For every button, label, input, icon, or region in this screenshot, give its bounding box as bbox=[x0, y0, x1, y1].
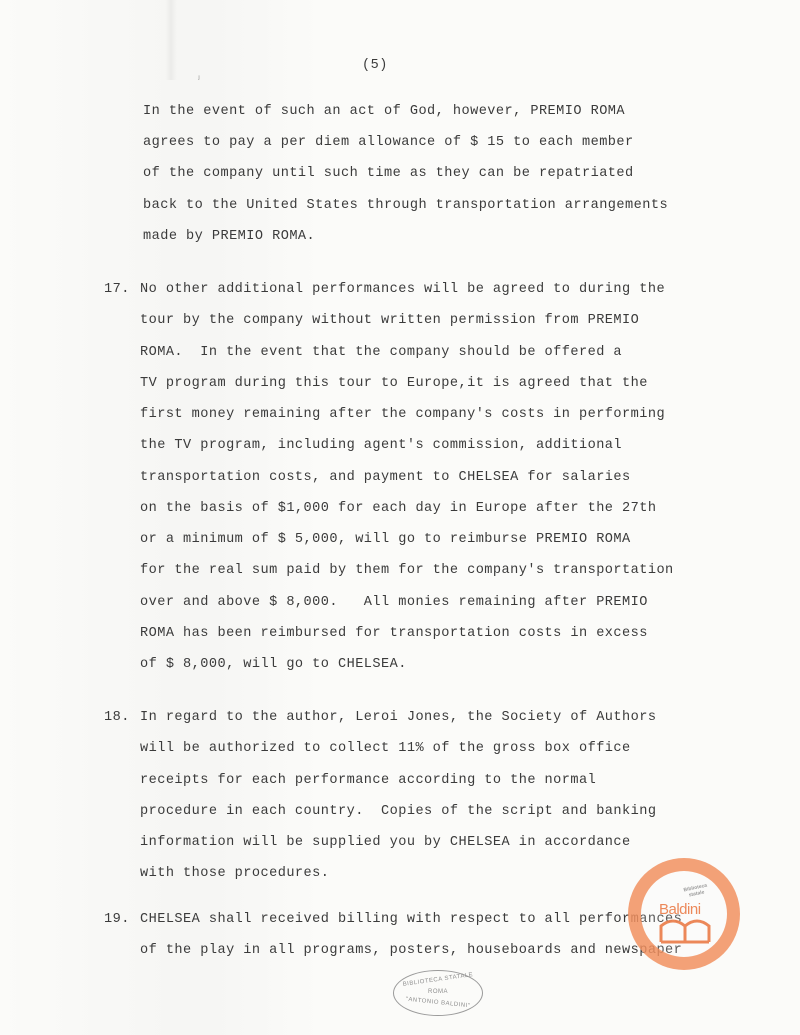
text-line: back to the United States through transp… bbox=[143, 197, 668, 215]
page-number: (5) bbox=[362, 58, 388, 73]
clause-number: 19. bbox=[104, 911, 130, 929]
text-line: CHELSEA shall received billing with resp… bbox=[140, 911, 682, 929]
text-line: ROMA has been reimbursed for transportat… bbox=[140, 625, 648, 643]
text-line: made by PREMIO ROMA. bbox=[143, 228, 315, 246]
clause-number: 17. bbox=[104, 281, 130, 299]
text-line: or a minimum of $ 5,000, will go to reim… bbox=[140, 531, 631, 549]
text-line: on the basis of $1,000 for each day in E… bbox=[140, 500, 656, 518]
stamp-line-3: "ANTONIO BALDINI" bbox=[394, 995, 482, 1010]
text-line: will be authorized to collect 11% of the… bbox=[140, 740, 631, 758]
text-line: with those procedures. bbox=[140, 865, 329, 883]
text-line: In the event of such an act of God, howe… bbox=[143, 103, 625, 121]
open-book-icon bbox=[657, 918, 713, 944]
text-line: first money remaining after the company'… bbox=[140, 406, 665, 424]
paper-fold-shadow bbox=[165, 0, 177, 80]
text-line: of $ 8,000, will go to CHELSEA. bbox=[140, 656, 407, 674]
text-line: of the play in all programs, posters, ho… bbox=[140, 942, 682, 960]
text-line: transportation costs, and payment to CHE… bbox=[140, 469, 631, 487]
text-line: agrees to pay a per diem allowance of $ … bbox=[143, 134, 634, 152]
text-line: tour by the company without written perm… bbox=[140, 312, 639, 330]
text-line: receipts for each performance according … bbox=[140, 772, 596, 790]
text-line: ROMA. In the event that the company shou… bbox=[140, 344, 622, 362]
text-line: information will be supplied you by CHEL… bbox=[140, 834, 631, 852]
watermark-name: Baldini bbox=[659, 901, 701, 918]
baldini-watermark-logo: Biblioteca statale Baldini bbox=[628, 858, 740, 970]
document-page: ⱼ (5) In the event of such an act of God… bbox=[0, 0, 800, 1035]
text-line: for the real sum paid by them for the co… bbox=[140, 562, 674, 580]
stamp-line-2: ROMA bbox=[394, 989, 482, 995]
text-line: the TV program, including agent's commis… bbox=[140, 437, 622, 455]
text-line: of the company until such time as they c… bbox=[143, 165, 634, 183]
clause-number: 18. bbox=[104, 709, 130, 727]
text-line: In regard to the author, Leroi Jones, th… bbox=[140, 709, 656, 727]
text-line: over and above $ 8,000. All monies remai… bbox=[140, 594, 648, 612]
library-stamp: BIBLIOTECA STATALE ROMA "ANTONIO BALDINI… bbox=[393, 970, 483, 1016]
paper-mark: ⱼ bbox=[196, 72, 201, 82]
text-line: procedure in each country. Copies of the… bbox=[140, 803, 656, 821]
text-line: No other additional performances will be… bbox=[140, 281, 665, 299]
text-line: TV program during this tour to Europe,it… bbox=[140, 375, 648, 393]
watermark-library-text: Biblioteca statale bbox=[680, 882, 712, 900]
stamp-line-1: BIBLIOTECA STATALE bbox=[394, 971, 482, 989]
